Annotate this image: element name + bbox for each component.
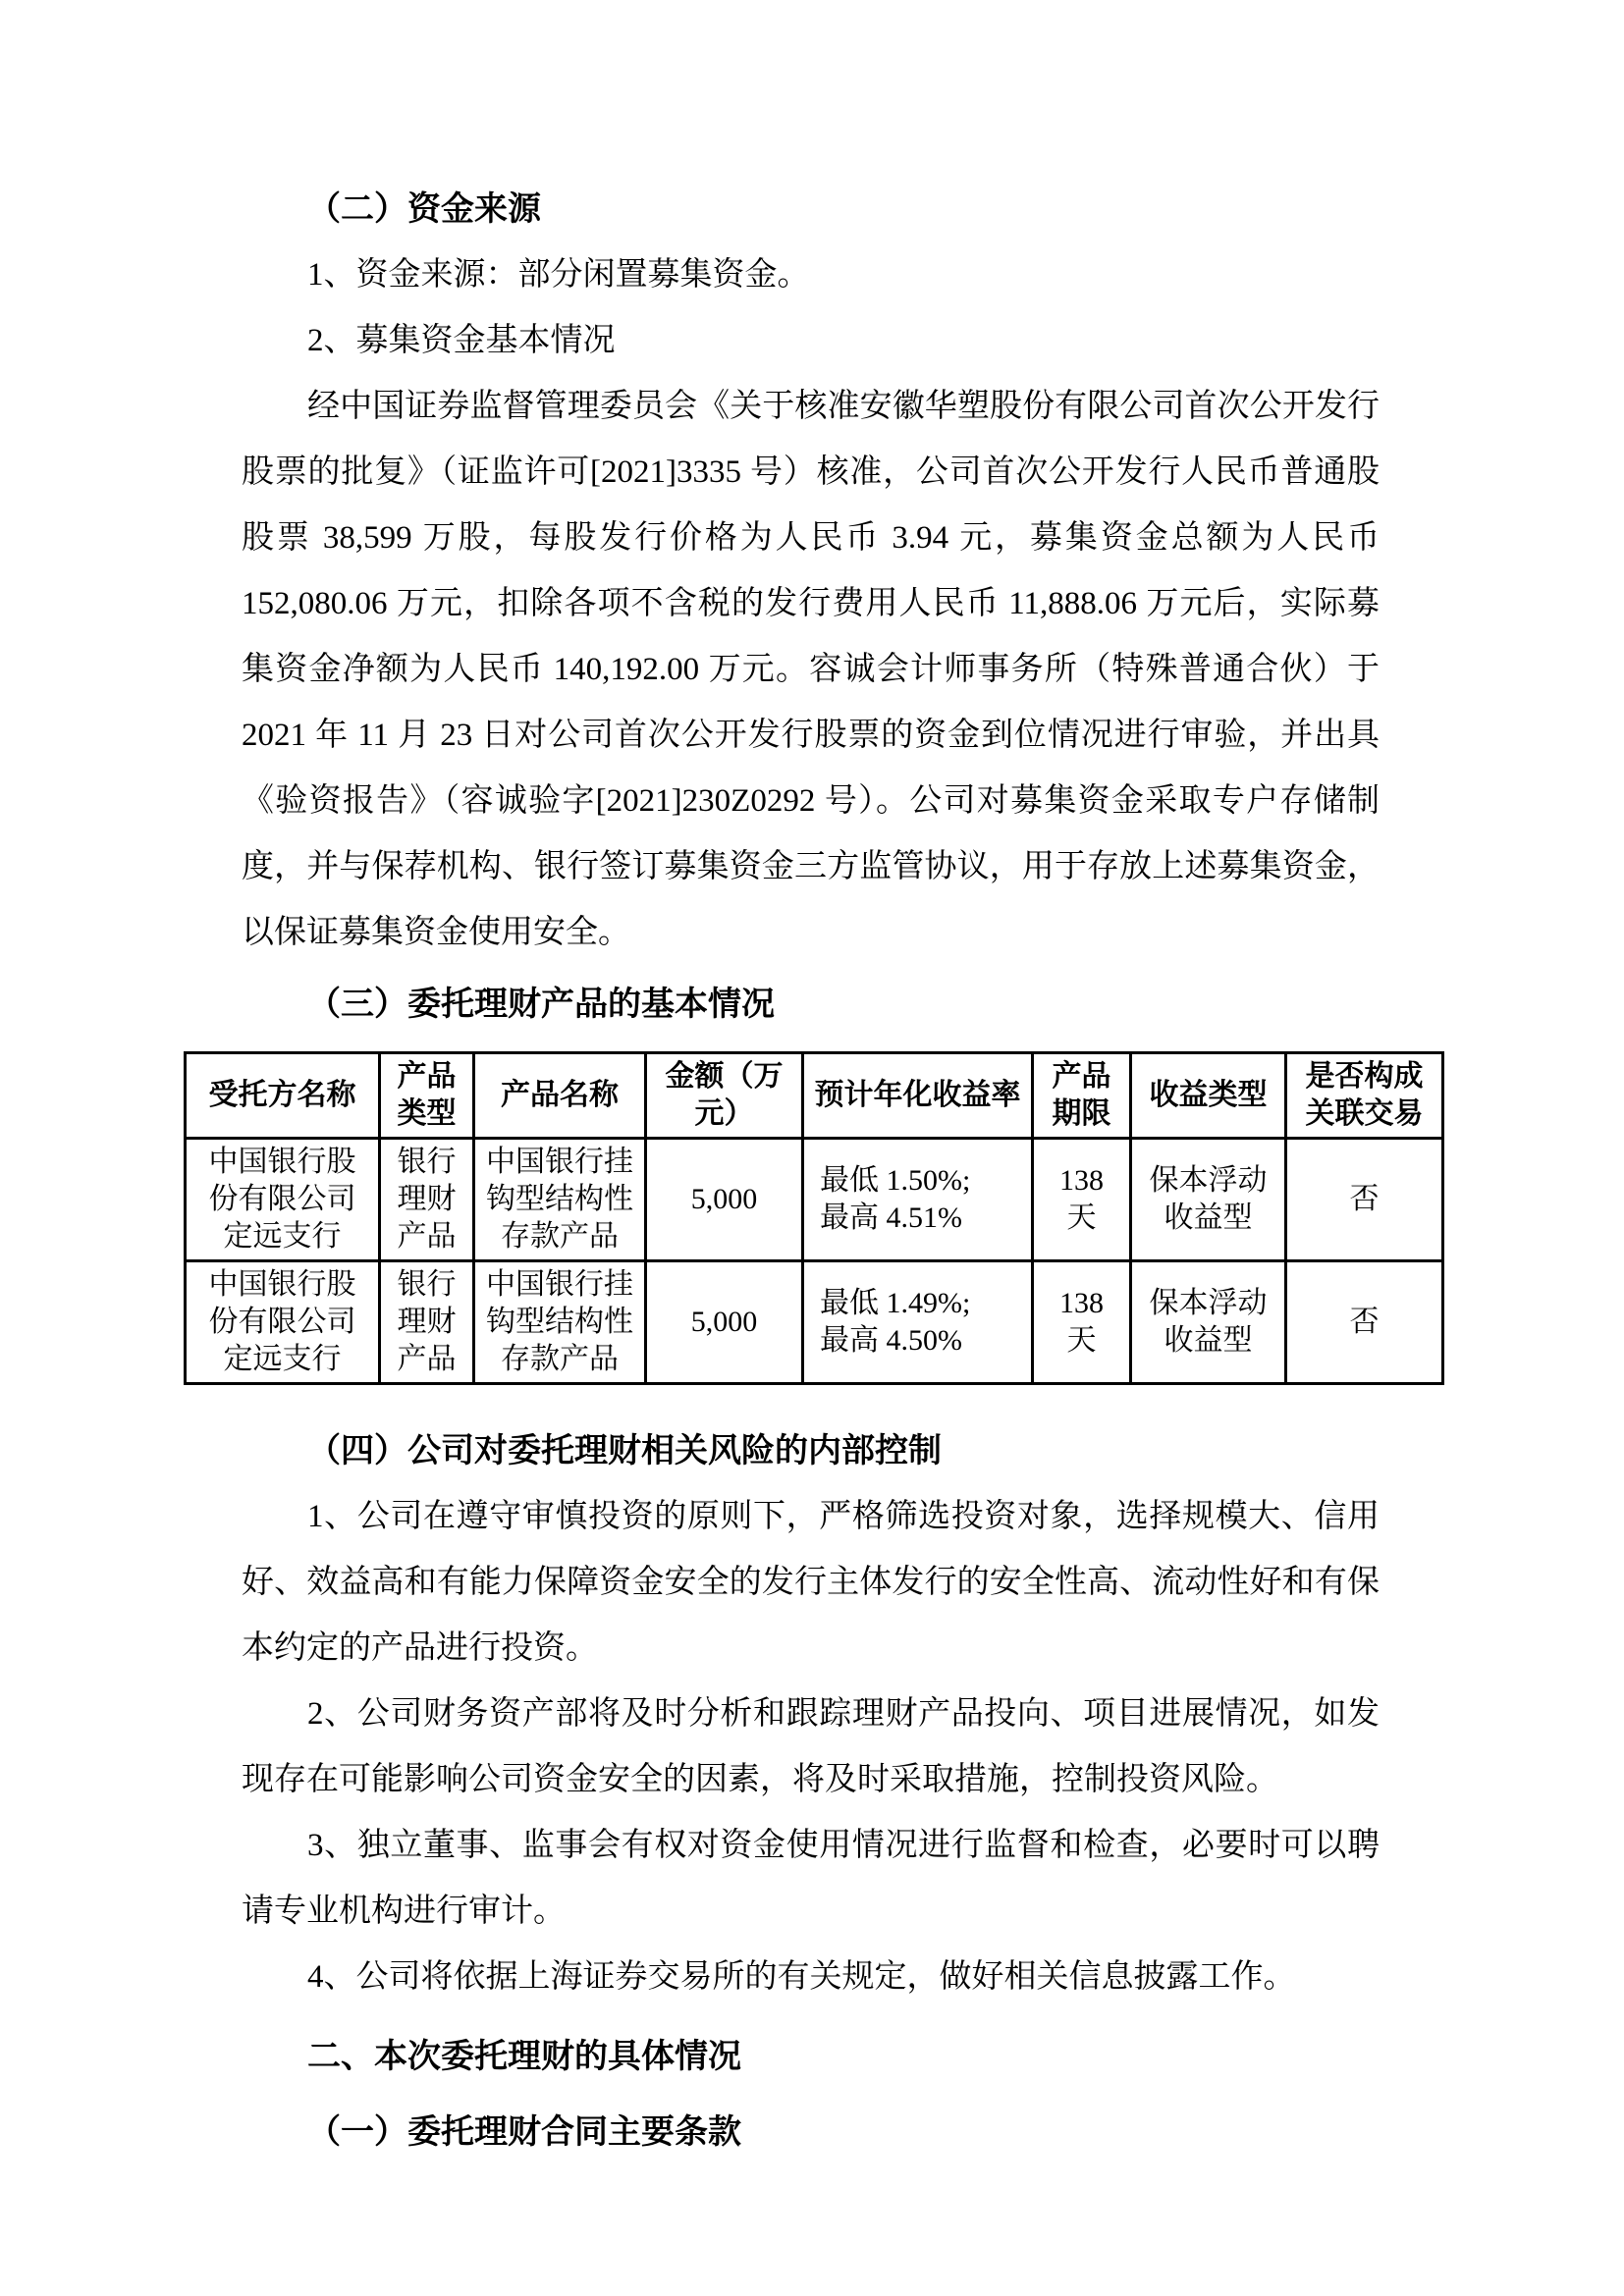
header-income-type: 收益类型 (1131, 1053, 1286, 1139)
header-product-type: 产品 类型 (380, 1053, 474, 1139)
cell-related-transaction: 否 (1286, 1139, 1443, 1261)
paragraph-internal-control-2: 2、公司财务资产部将及时分析和跟踪理财产品投向、项目进展情况，如发现存在可能影响… (242, 1682, 1380, 1813)
document-page: （二）资金来源 1、资金来源：部分闲置募集资金。 2、募集资金基本情况 经中国证… (0, 0, 1624, 2296)
paragraph-internal-control-1: 1、公司在遵守审慎投资的原则下，严格筛选投资对象，选择规模大、信用好、效益高和有… (242, 1484, 1380, 1682)
header-product-name: 产品名称 (474, 1053, 646, 1139)
cell-income-type: 保本浮动 收益型 (1131, 1261, 1286, 1384)
cell-product-type: 银行 理财 产品 (380, 1139, 474, 1261)
header-related-transaction: 是否构成 关联交易 (1286, 1053, 1443, 1139)
cell-product-term: 138 天 (1033, 1139, 1131, 1261)
table-header-row: 受托方名称 产品 类型 产品名称 金额（万 元） 预计年化收益率 产品 期限 收… (186, 1053, 1443, 1139)
cell-expected-annual-yield: 最低 1.49%; 最高 4.50% (803, 1261, 1033, 1384)
cell-income-type: 保本浮动 收益型 (1131, 1139, 1286, 1261)
document-content: （二）资金来源 1、资金来源：部分闲置募集资金。 2、募集资金基本情况 经中国证… (0, 0, 1624, 2165)
section-heading-current-entrustment-details: 二、本次委托理财的具体情况 (242, 2024, 1380, 2090)
paragraph-funding-source-item: 1、资金来源：部分闲置募集资金。 (242, 242, 1380, 308)
cell-trustee-name: 中国银行股 份有限公司 定远支行 (186, 1261, 380, 1384)
header-amount: 金额（万 元） (646, 1053, 803, 1139)
header-trustee-name: 受托方名称 (186, 1053, 380, 1139)
cell-amount: 5,000 (646, 1261, 803, 1384)
paragraph-internal-control-4: 4、公司将依据上海证券交易所的有关规定，做好相关信息披露工作。 (242, 1945, 1380, 2010)
cell-amount: 5,000 (646, 1139, 803, 1261)
cell-product-term: 138 天 (1033, 1261, 1131, 1384)
cell-related-transaction: 否 (1286, 1261, 1443, 1384)
wealth-products-table: 受托方名称 产品 类型 产品名称 金额（万 元） 预计年化收益率 产品 期限 收… (184, 1051, 1444, 1385)
section-heading-funding-source: （二）资金来源 (242, 177, 1380, 242)
table-row: 中国银行股 份有限公司 定远支行 银行 理财 产品 中国银行挂 钩型结构性 存款… (186, 1261, 1443, 1384)
section-heading-internal-control: （四）公司对委托理财相关风险的内部控制 (242, 1418, 1380, 1484)
header-product-term: 产品 期限 (1033, 1053, 1131, 1139)
cell-product-name: 中国银行挂 钩型结构性 存款产品 (474, 1261, 646, 1384)
section-heading-contract-terms: （一）委托理财合同主要条款 (242, 2100, 1380, 2165)
cell-product-name: 中国银行挂 钩型结构性 存款产品 (474, 1139, 646, 1261)
cell-expected-annual-yield: 最低 1.50%; 最高 4.51% (803, 1139, 1033, 1261)
cell-product-type: 银行 理财 产品 (380, 1261, 474, 1384)
table-row: 中国银行股 份有限公司 定远支行 银行 理财 产品 中国银行挂 钩型结构性 存款… (186, 1139, 1443, 1261)
paragraph-raised-funds-basic: 2、募集资金基本情况 (242, 308, 1380, 374)
paragraph-fundraising-detail: 经中国证券监督管理委员会《关于核准安徽华塑股份有限公司首次公开发行股票的批复》（… (242, 374, 1380, 966)
header-expected-annual-yield: 预计年化收益率 (803, 1053, 1033, 1139)
section-heading-product-overview: （三）委托理财产品的基本情况 (242, 972, 1380, 1038)
cell-trustee-name: 中国银行股 份有限公司 定远支行 (186, 1139, 380, 1261)
paragraph-internal-control-3: 3、独立董事、监事会有权对资金使用情况进行监督和检查，必要时可以聘请专业机构进行… (242, 1813, 1380, 1945)
